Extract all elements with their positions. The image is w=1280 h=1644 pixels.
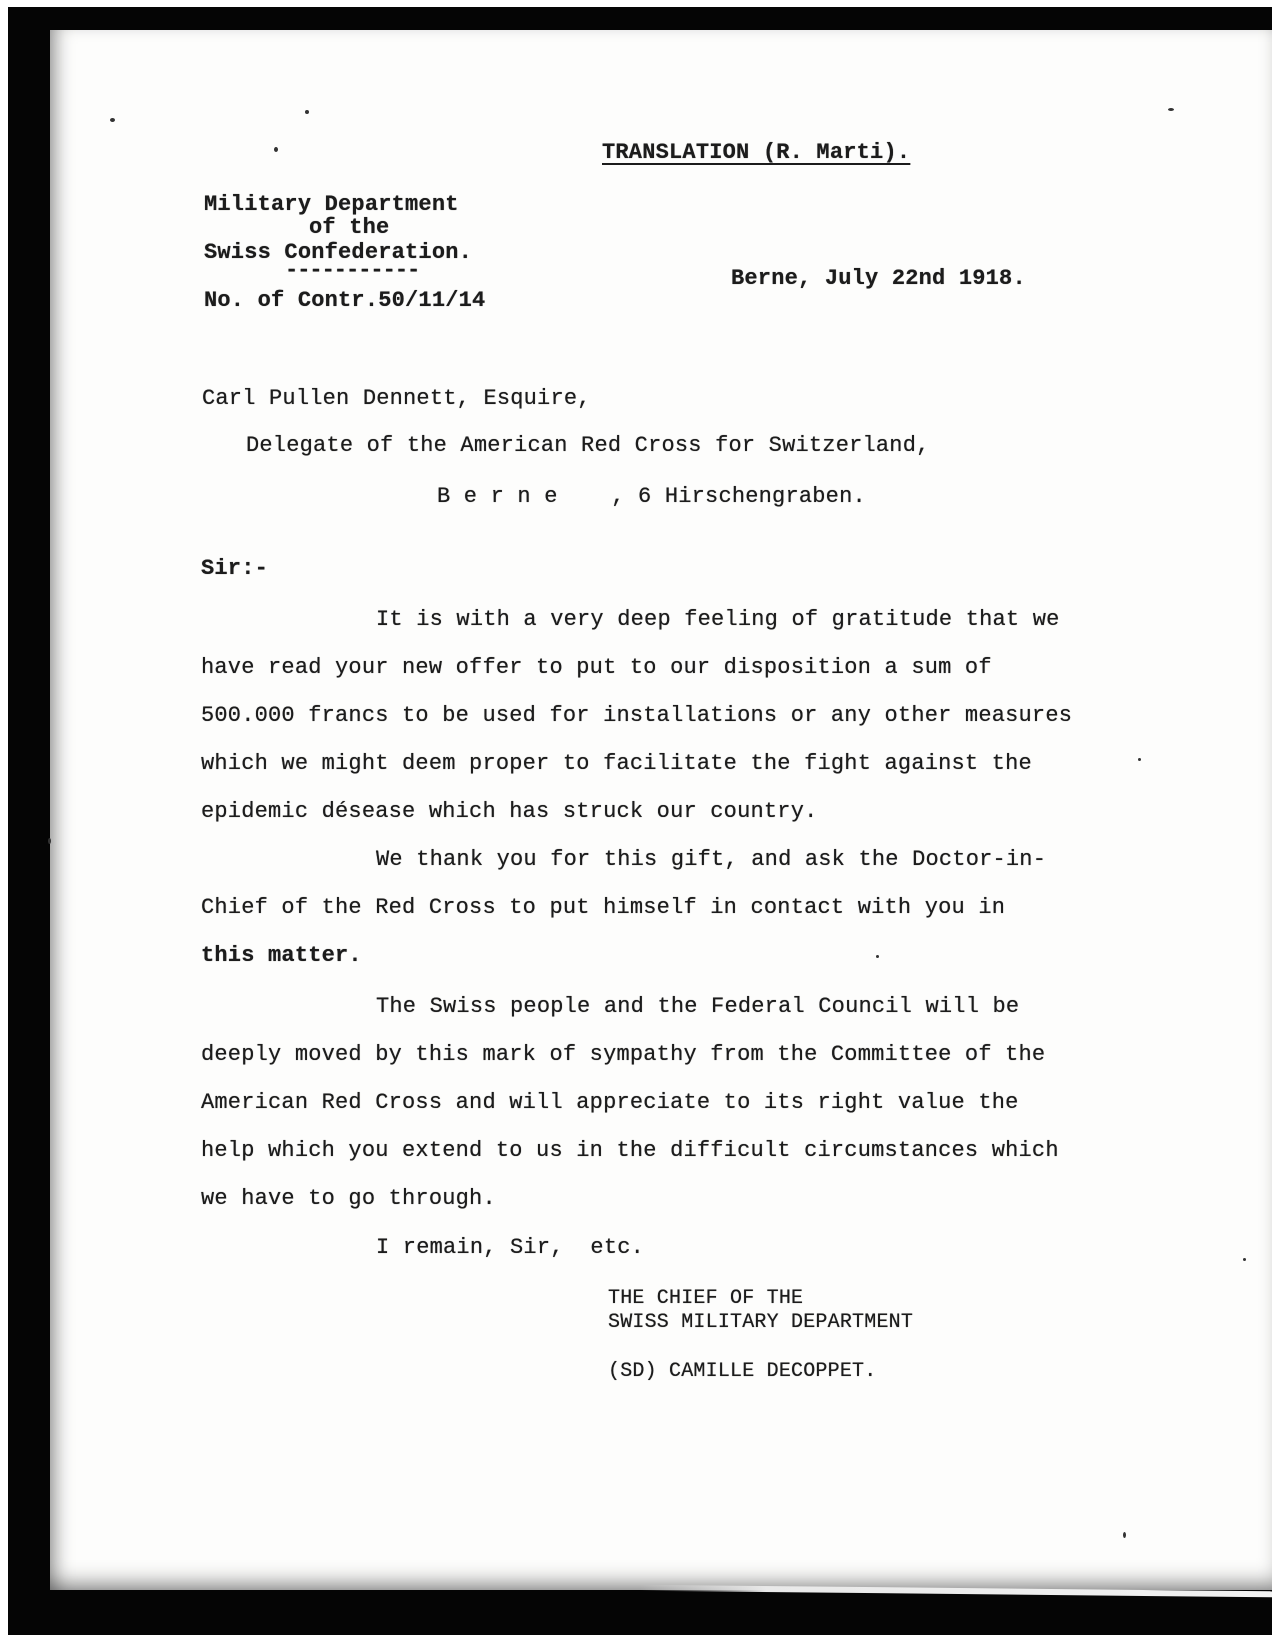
sender-line-2: of the bbox=[309, 215, 389, 240]
recipient-title: Delegate of the American Red Cross for S… bbox=[246, 433, 930, 458]
body-line: which we might deem proper to facilitate… bbox=[201, 751, 1032, 776]
body-line: It is with a very deep feeling of gratit… bbox=[376, 607, 1060, 632]
sender-separator: ----------- bbox=[285, 258, 419, 283]
body-line: 500.000 francs to be used for installati… bbox=[201, 703, 1072, 728]
signature-title-2: SWISS MILITARY DEPARTMENT bbox=[608, 1311, 913, 1335]
scan-speck bbox=[1243, 1258, 1246, 1261]
scan-speck bbox=[876, 955, 879, 958]
signature-title-1: THE CHIEF OF THE bbox=[608, 1287, 803, 1311]
scan-speck bbox=[274, 147, 278, 152]
body-line: deeply moved by this mark of sympathy fr… bbox=[201, 1042, 1045, 1067]
body-line: have read your new offer to put to our d… bbox=[201, 655, 992, 680]
scan-speck bbox=[110, 118, 115, 122]
scan-speck bbox=[1123, 1532, 1126, 1538]
recipient-address: B e r n e , 6 Hirschengraben. bbox=[437, 484, 866, 509]
reference-number: No. of Contr.50/11/14 bbox=[204, 288, 485, 313]
scan-speck bbox=[1138, 758, 1141, 761]
body-line: We thank you for this gift, and ask the … bbox=[376, 847, 1046, 872]
body-line: this matter. bbox=[201, 943, 362, 968]
salutation: Sir:- bbox=[201, 556, 268, 581]
translation-header: TRANSLATION (R. Marti). bbox=[602, 140, 910, 165]
scan-speck bbox=[1168, 108, 1174, 111]
closing: I remain, Sir, etc. bbox=[376, 1235, 644, 1260]
sender-line-1: Military Department bbox=[204, 192, 459, 217]
body-line: American Red Cross and will appreciate t… bbox=[201, 1090, 1019, 1115]
scan-speck bbox=[48, 838, 51, 844]
body-line: Chief of the Red Cross to put himself in… bbox=[201, 895, 1005, 920]
signature-name: (SD) CAMILLE DECOPPET. bbox=[608, 1360, 876, 1384]
date-line: Berne, July 22nd 1918. bbox=[731, 266, 1026, 291]
scan-speck bbox=[305, 110, 309, 114]
body-line: we have to go through. bbox=[201, 1186, 496, 1211]
body-line: epidemic désease which has struck our co… bbox=[201, 799, 818, 824]
body-line: The Swiss people and the Federal Council… bbox=[376, 994, 1019, 1019]
body-line: help which you extend to us in the diffi… bbox=[201, 1138, 1059, 1163]
recipient-name: Carl Pullen Dennett, Esquire, bbox=[202, 386, 591, 411]
